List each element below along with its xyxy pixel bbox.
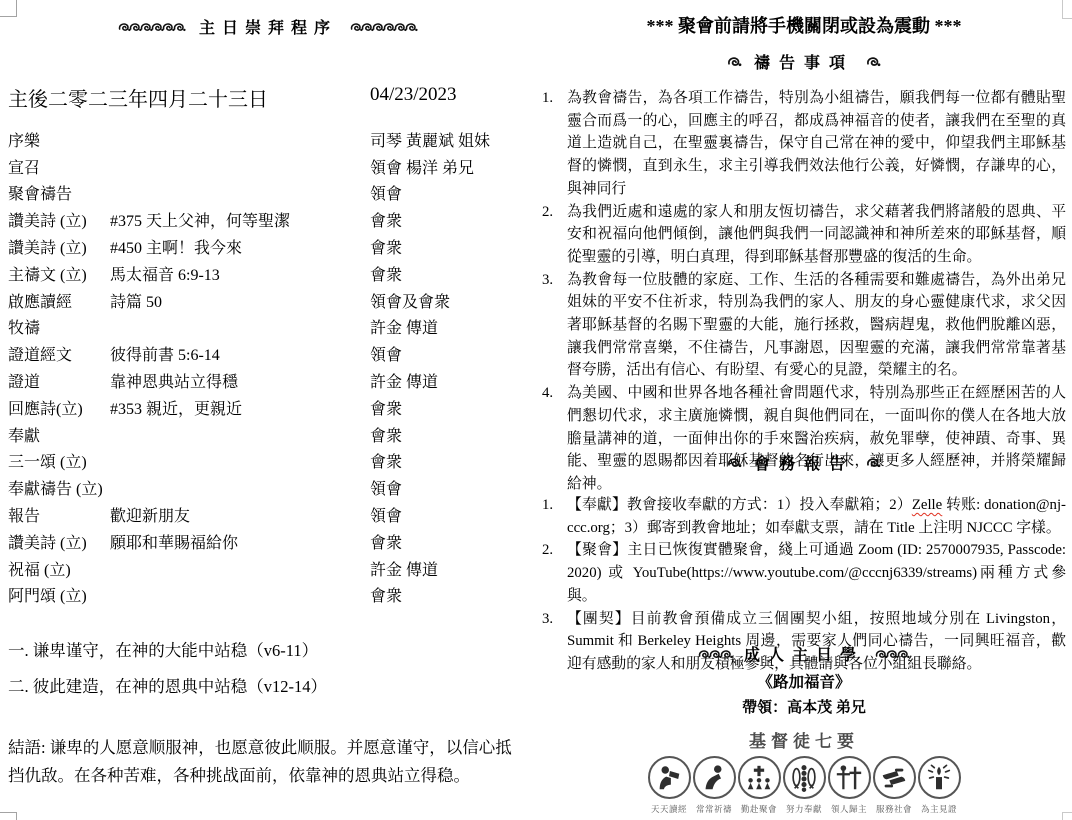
- program-item: 奉獻禱告 (立): [8, 476, 110, 499]
- worship-program-table: 序樂司琴 黃麗斌 姐妹 宣召領會 楊洋 弟兄 聚會禱告領會 讚美詩 (立)#37…: [8, 126, 532, 608]
- program-item: 阿門頌 (立): [8, 583, 110, 606]
- essential-item: 領人歸主: [827, 756, 872, 815]
- program-item: 祝福 (立): [8, 557, 110, 580]
- program-row: 奉獻會衆: [8, 421, 532, 448]
- announcements-section-heading: 會務報告: [536, 451, 1072, 474]
- seven-essentials-icons: 天天讀經 常常祈禱 勤赴聚會 努力奉獻: [647, 756, 962, 815]
- offering-fish-icon: [783, 756, 826, 799]
- essential-label: 努力奉獻: [786, 803, 822, 815]
- program-detail: #375 天上父神，何等聖潔: [110, 208, 370, 231]
- worship-date-numeric: 04/23/2023: [370, 84, 457, 106]
- adult-sunday-school-section: 成人主日學 《路加福音》 帶領：高本茂 弟兄: [536, 642, 1072, 717]
- program-detail: #450 主啊！我今來: [110, 235, 370, 258]
- outline-point-2: 二. 彼此建造，在神的恩典中站稳（v12-14）: [8, 676, 522, 698]
- essential-label: 為主見證: [921, 803, 957, 815]
- evangelism-cross-icon: [828, 756, 871, 799]
- program-row: 三一頌 (立)會衆: [8, 448, 532, 475]
- program-detail: 歡迎新朋友: [110, 503, 370, 526]
- essential-item: 努力奉獻: [782, 756, 827, 815]
- prayer-item: 2.為我們近處和遠處的家人和朋友恆切禱告，求父藉著我們將諸般的恩典、平安和祝福向…: [542, 201, 1066, 269]
- program-person: 會衆: [370, 530, 532, 553]
- announcement-text: 【奉獻】教會接收奉獻的方式：1）投入奉獻箱；2）Zelle 转账: donati…: [567, 494, 1066, 539]
- sunday-school-heading: 成人主日學: [536, 642, 1072, 665]
- witness-candle-icon: [918, 756, 961, 799]
- outline-point-1: 一. 谦卑谨守，在神的大能中站稳（v6-11）: [8, 640, 522, 662]
- program-item: 三一頌 (立): [8, 449, 110, 472]
- program-person: 會衆: [370, 396, 532, 419]
- program-item: 讚美詩 (立): [8, 530, 110, 553]
- program-person: 領會: [370, 503, 532, 526]
- program-row: 讚美詩 (立)願耶和華賜福給你會衆: [8, 528, 532, 555]
- program-row: 序樂司琴 黃麗斌 姐妹: [8, 126, 532, 153]
- essential-label: 常常祈禱: [696, 803, 732, 815]
- prayer-list: 1.為教會禱告，為各項工作禱告，特別為小組禱告，願我們每一位都有體貼聖靈合而爲一…: [542, 87, 1066, 496]
- program-person: 許金 傳道: [370, 315, 532, 338]
- program-row: 宣召領會 楊洋 弟兄: [8, 153, 532, 180]
- program-detail: 願耶和華賜福給你: [110, 530, 370, 553]
- prayer-item: 3.為教會每一位肢體的家庭、工作、生活的各種需要和難處禱告，為外出弟兄姐妹的平安…: [542, 269, 1066, 383]
- study-book-title: 《路加福音》: [536, 670, 1072, 692]
- program-person: 會衆: [370, 262, 532, 285]
- essential-label: 勤赴聚會: [741, 803, 777, 815]
- program-row: 讚美詩 (立)#450 主啊！我今來會衆: [8, 233, 532, 260]
- sermon-outline: 一. 谦卑谨守，在神的大能中站稳（v6-11） 二. 彼此建造，在神的恩典中站稳…: [8, 640, 522, 790]
- announcement-item: 1. 【奉獻】教會接收奉獻的方式：1）投入奉獻箱；2）Zelle 转账: don…: [542, 494, 1066, 539]
- worship-date-chinese: 主後二零二三年四月二十三日: [8, 89, 268, 111]
- program-item: 證道: [8, 369, 110, 392]
- announcement-text: 【聚會】主日已恢復實體聚會，綫上可通過 Zoom (ID: 2570007935…: [567, 539, 1066, 607]
- prayer-text: 為我們近處和遠處的家人和朋友恆切禱告，求父藉著我們將諸般的恩典、平安和祝福向他們…: [567, 201, 1066, 269]
- program-person: 會衆: [370, 423, 532, 446]
- program-person: 許金 傳道: [370, 557, 532, 580]
- program-item: 序樂: [8, 128, 110, 151]
- program-item: 牧禱: [8, 315, 110, 338]
- worship-order-header: 主日崇拜程序: [0, 15, 536, 38]
- scroll-ornament-icon: [727, 53, 742, 71]
- program-person: 司琴 黃麗斌 姐妹: [370, 128, 532, 151]
- scroll-ornament-icon: [119, 18, 185, 36]
- program-detail: 詩篇 50: [110, 289, 370, 312]
- scroll-ornament-icon: [699, 645, 732, 663]
- essential-label: 天天讀經: [651, 803, 687, 815]
- bulletin-left-page: 主日崇拜程序 主後二零二三年四月二十三日 04/23/2023 序樂司琴 黃麗斌…: [0, 0, 536, 820]
- outline-conclusion: 結語: 谦卑的人愿意顺服神，也愿意彼此顺服。并愿意谨守，以信心抵挡仇敌。在各种苦…: [8, 734, 522, 790]
- sunday-school-title: 成人主日學: [744, 647, 864, 664]
- program-item: 奉獻: [8, 423, 110, 446]
- scroll-ornament-icon: [727, 454, 742, 472]
- program-row: 證道經文彼得前書 5:6-14領會: [8, 340, 532, 367]
- program-person: 會衆: [370, 583, 532, 606]
- program-item: 聚會禱告: [8, 181, 110, 204]
- praying-icon: [693, 756, 736, 799]
- prayer-item: 4.為美國、中國和世界各地各種社會問題代求，特別為那些正在經歷困苦的人們懇切代求…: [542, 382, 1066, 496]
- announcements-heading-text: 會務報告: [754, 456, 854, 473]
- program-person: 領會: [370, 181, 532, 204]
- program-row: 啟應讀經詩篇 50領會及會衆: [8, 287, 532, 314]
- program-item: 報告: [8, 503, 110, 526]
- prayer-text: 為教會每一位肢體的家庭、工作、生活的各種需要和難處禱告，為外出弟兄姐妹的平安不住…: [567, 269, 1066, 383]
- program-detail: 彼得前書 5:6-14: [110, 342, 370, 365]
- announcement-item: 2.【聚會】主日已恢復實體聚會，綫上可通過 Zoom (ID: 25700079…: [542, 539, 1066, 607]
- program-item: 主禱文 (立): [8, 262, 110, 285]
- program-row: 報告歡迎新朋友領會: [8, 501, 532, 528]
- essential-label: 服務社會: [876, 803, 912, 815]
- misspelled-word: Zelle: [912, 497, 942, 513]
- bulletin-right-page: *** 聚會前請將手機關閉或設為震動 *** 禱告事項 1.為教會禱告，為各項工…: [536, 0, 1072, 820]
- program-person: 領會及會衆: [370, 289, 532, 312]
- announcement-number: 1.: [542, 494, 567, 539]
- scroll-ornament-icon: [866, 454, 881, 472]
- announcement-number: 2.: [542, 539, 567, 607]
- page-title: 主日崇拜程序: [199, 20, 337, 37]
- essential-item: 服務社會: [872, 756, 917, 815]
- program-item: 讚美詩 (立): [8, 208, 110, 231]
- program-item: 啟應讀經: [8, 289, 110, 312]
- prayer-heading-text: 禱告事項: [754, 55, 854, 72]
- phone-silence-notice: *** 聚會前請將手機關閉或設為震動 ***: [536, 12, 1072, 38]
- program-detail: 馬太福音 6:9-13: [110, 262, 370, 285]
- program-person: 領會: [370, 342, 532, 365]
- program-item: 證道經文: [8, 342, 110, 365]
- church-gathering-icon: [738, 756, 781, 799]
- program-item: 讚美詩 (立): [8, 235, 110, 258]
- program-row: 奉獻禱告 (立)領會: [8, 474, 532, 501]
- program-item: 回應詩(立): [8, 396, 110, 419]
- essential-item: 為主見證: [917, 756, 962, 815]
- program-person: 許金 傳道: [370, 369, 532, 392]
- date-row: 主後二零二三年四月二十三日 04/23/2023: [8, 83, 530, 112]
- prayer-text: 為美國、中國和世界各地各種社會問題代求，特別為那些正在經歷困苦的人們懇切代求，求…: [567, 382, 1066, 496]
- program-row: 牧禱許金 傳道: [8, 314, 532, 341]
- essential-item: 常常祈禱: [692, 756, 737, 815]
- announcement-text-part: 【奉獻】教會接收奉獻的方式：1）投入奉獻箱；2）: [567, 497, 912, 513]
- prayer-text: 為教會禱告，為各項工作禱告，特別為小組禱告，願我們每一位都有體貼聖靈合而爲一的心…: [567, 87, 1066, 201]
- program-item: 宣召: [8, 155, 110, 178]
- study-leader: 帶領：高本茂 弟兄: [536, 696, 1072, 717]
- program-person: 會衆: [370, 235, 532, 258]
- program-row: 證道靠神恩典站立得穩許金 傳道: [8, 367, 532, 394]
- seven-essentials-logo: 基督徒七要 天天讀經 常常祈禱 勤赴聚會: [536, 727, 1072, 815]
- program-person: 會衆: [370, 449, 532, 472]
- program-row: 回應詩(立)#353 親近，更親近會衆: [8, 394, 532, 421]
- program-detail: #353 親近，更親近: [110, 396, 370, 419]
- program-person: 領會 楊洋 弟兄: [370, 155, 532, 178]
- program-row: 主禱文 (立)馬太福音 6:9-13會衆: [8, 260, 532, 287]
- program-row: 讚美詩 (立)#375 天上父神，何等聖潔會衆: [8, 206, 532, 233]
- prayer-number: 3.: [542, 269, 567, 383]
- prayer-section-heading: 禱告事項: [536, 50, 1072, 73]
- scroll-ornament-icon: [351, 18, 417, 36]
- prayer-number: 1.: [542, 87, 567, 201]
- program-detail: 靠神恩典站立得穩: [110, 369, 370, 392]
- reading-bible-icon: [648, 756, 691, 799]
- scroll-ornament-icon: [866, 53, 881, 71]
- essential-item: 天天讀經: [647, 756, 692, 815]
- program-row: 阿門頌 (立)會衆: [8, 582, 532, 609]
- prayer-number: 2.: [542, 201, 567, 269]
- program-person: 會衆: [370, 208, 532, 231]
- serving-hands-icon: [873, 756, 916, 799]
- scroll-ornament-icon: [876, 645, 909, 663]
- prayer-item: 1.為教會禱告，為各項工作禱告，特別為小組禱告，願我們每一位都有體貼聖靈合而爲一…: [542, 87, 1066, 201]
- program-row: 祝福 (立)許金 傳道: [8, 555, 532, 582]
- program-row: 聚會禱告領會: [8, 180, 532, 207]
- prayer-number: 4.: [542, 382, 567, 496]
- essential-label: 領人歸主: [831, 803, 867, 815]
- program-person: 領會: [370, 476, 532, 499]
- seven-essentials-title: 基督徒七要: [749, 727, 859, 752]
- essential-item: 勤赴聚會: [737, 756, 782, 815]
